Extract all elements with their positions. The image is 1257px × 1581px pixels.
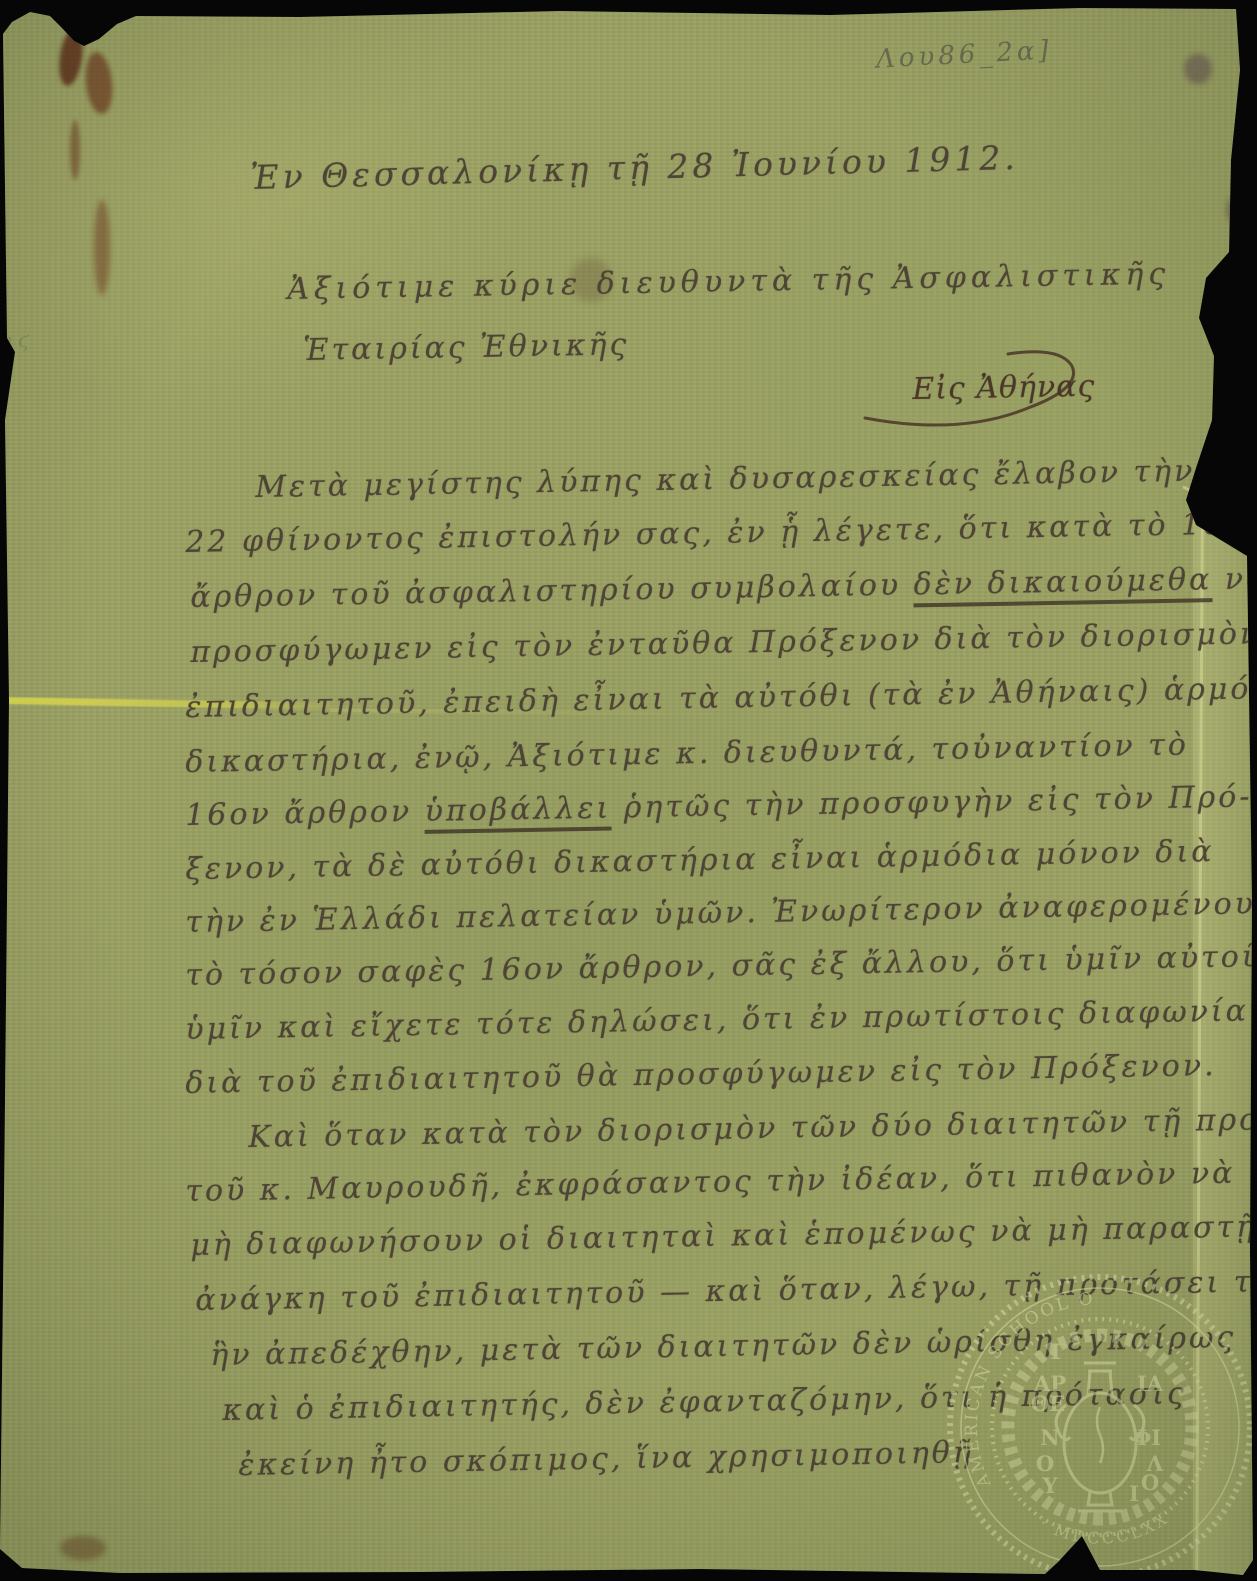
line-text: ὑμῖν καὶ εἴχετε τότε δηλώσει, ὅτι ἐν πρω…: [185, 993, 1257, 1047]
underlined-text: δὲν δικαιούμεθα: [913, 562, 1212, 607]
line-text: ἄρθρον τοῦ ἀσφαλιστηρίου συμβολαίου: [190, 567, 914, 615]
seal-letter: ΘΕ: [1031, 1391, 1065, 1416]
line-text: νὰ: [1212, 561, 1257, 597]
letter-line: ἄρθρον τοῦ ἀσφαλιστηρίου συμβολαίου δὲν …: [190, 561, 1257, 615]
letter-line: ξενον, τὰ δὲ αὐτόθι δικαστήρια εἶναι ἁρμ…: [185, 834, 1215, 887]
salutation-line-2: Ἑταιρίας Ἐθνικῆς: [303, 327, 630, 368]
seal-letter: ΙΑ: [1137, 1371, 1164, 1396]
scan-background: { "archival_note": "Λου86_2α]", "margin_…: [0, 0, 1257, 1581]
seal-letter: Ι: [1129, 1481, 1139, 1506]
line-text: μὴ διαφωνήσουν οἱ διαιτηταὶ καὶ ἑπομένως…: [190, 1209, 1257, 1263]
line-text: τὸ τόσον σαφὲς 16ον ἄρθρον, σᾶς ἐξ ἄλλου…: [185, 939, 1257, 993]
line-text: διὰ τοῦ ἐπιδιαιτητοῦ θὰ προσφύγωμεν εἰς …: [185, 1048, 1217, 1101]
letter-line: τὸ τόσον σαφὲς 16ον ἄρθρον, σᾶς ἐξ ἄλλου…: [185, 939, 1257, 993]
margin-mark-text: ιϛ: [5, 327, 33, 352]
letter-line: ἐκείνη ἦτο σκόπιμος, ἵνα χρησιμοποιηθῇ: [238, 1435, 974, 1483]
line-text: ῥητῶς τὴν προσφυγὴν εἰς τὸν Πρό-: [611, 779, 1253, 825]
line-text: 16ον ἄρθρον: [185, 794, 425, 833]
line-text: προσφύγωμεν εἰς τὸν ἐνταῦθα Πρόξενον διὰ…: [190, 615, 1257, 670]
seal-letter: Γ: [1051, 1339, 1066, 1364]
paper-sheet: Λου86_2α] ιϛ Ἐν Θεσσαλονίκῃ τῇ 28 Ἰουνίο…: [0, 0, 1257, 1581]
salutation-text-1: Ἀξιότιμε κύριε διευθυντὰ τῆς Ἀσφαλιστικῆ…: [287, 257, 1170, 307]
line-text: δικαστήρια, ἐνῷ, Ἀξιότιμε κ. διευθυντά, …: [185, 727, 1189, 780]
letter-line: 22 φθίνοντος ἐπιστολήν σας, ἐν ᾗ λέγετε,…: [185, 506, 1257, 560]
letter-line: 16ον ἄρθρον ὑποβάλλει ῥητῶς τὴν προσφυγὴ…: [185, 779, 1253, 833]
seal-letter: Ο: [1141, 1470, 1159, 1495]
right-edge-fold-diagonal: [1182, 485, 1238, 513]
stain-top-left-2: [83, 51, 115, 115]
underlined-text: ὑποβάλλει: [424, 791, 611, 834]
seal-letter: Ν: [1040, 1425, 1059, 1450]
seal-letter: ΦΙ: [1133, 1425, 1161, 1450]
stain-top-right-purple: [1184, 54, 1212, 84]
ascsa-seal: AMERICAN SCHOOL OF CLASSICAL STUDIES AT …: [938, 1267, 1257, 1581]
stain-top-left-1: [56, 27, 86, 87]
letter-line: προσφύγωμεν εἰς τὸν ἐνταῦθα Πρόξενον διὰ…: [190, 615, 1257, 670]
letter-line: ἐπιδιαιτητοῦ, ἐπειδὴ εἶναι τὰ αὐτόθι (τὰ…: [185, 670, 1257, 725]
letter-line: τοῦ κ. Μαυρουδῆ, ἐκφράσαντος τὴν ἰδέαν, …: [185, 1156, 1236, 1209]
letter-line: μὴ διαφωνήσουν οἱ διαιτηταὶ καὶ ἑπομένως…: [190, 1209, 1257, 1263]
line-text: τὴν ἐν Ἑλλάδι πελατείαν ὑμῶν. Ἐνωρίτερον…: [185, 886, 1256, 940]
letter-line: ὑμῖν καὶ εἴχετε τότε δηλώσει, ὅτι ἐν πρω…: [185, 993, 1257, 1047]
address-flourish: [850, 340, 1110, 450]
archival-note: Λου86_2α]: [875, 35, 1053, 74]
dateline-text: Ἐν Θεσσαλονίκῃ τῇ 28 Ἰουνίου 1912.: [250, 138, 1019, 197]
letter-line: διὰ τοῦ ἐπιδιαιτητοῦ θὰ προσφύγωμεν εἰς …: [185, 1048, 1217, 1101]
margin-mark: ιϛ: [5, 327, 33, 352]
line-text: 22 φθίνοντος ἐπιστολήν σας, ἐν ᾗ λέγετε,…: [185, 506, 1257, 560]
stain-right-purple-2: [1226, 196, 1246, 224]
seal-letter: Υ: [1042, 1473, 1059, 1498]
letter-line: δικαστήρια, ἐνῷ, Ἀξιότιμε κ. διευθυντά, …: [185, 727, 1189, 780]
letter-line: τὴν ἐν Ἑλλάδι πελατείαν ὑμῶν. Ἐνωρίτερον…: [185, 886, 1256, 940]
salutation-line-1: Ἀξιότιμε κύριε διευθυντὰ τῆς Ἀσφαλιστικῆ…: [287, 257, 1170, 307]
salutation-text-2: Ἑταιρίας Ἐθνικῆς: [303, 327, 630, 368]
line-text: τοῦ κ. Μαυρουδῆ, ἐκφράσαντος τὴν ἰδέαν, …: [185, 1156, 1236, 1209]
line-text: ἐκείνη ἦτο σκόπιμος, ἵνα χρησιμοποιηθῇ: [238, 1435, 974, 1483]
dateline: Ἐν Θεσσαλονίκῃ τῇ 28 Ἰουνίου 1912.: [250, 138, 1019, 197]
stain-left-streak-2: [94, 200, 110, 295]
line-text: Μετὰ μεγίστης λύπης καὶ δυσαρεσκείας ἔλα…: [255, 452, 1257, 505]
letter-line: Καὶ ὅταν κατὰ τὸν διορισμὸν τῶν δύο διαι…: [248, 1101, 1257, 1155]
line-text: ξενον, τὰ δὲ αὐτόθι δικαστήρια εἶναι ἁρμ…: [185, 834, 1215, 887]
letter-line: Μετὰ μεγίστης λύπης καὶ δυσαρεσκείας ἔλα…: [255, 452, 1257, 505]
stain-left-streak-1: [70, 120, 80, 180]
stain-bottom-left: [60, 1536, 106, 1560]
line-text: Καὶ ὅταν κατὰ τὸν διορισμὸν τῶν δύο διαι…: [248, 1101, 1257, 1155]
line-text: ἐπιδιαιτητοῦ, ἐπειδὴ εἶναι τὰ αὐτόθι (τὰ…: [185, 670, 1257, 725]
archival-note-text: Λου86_2α]: [875, 35, 1053, 74]
